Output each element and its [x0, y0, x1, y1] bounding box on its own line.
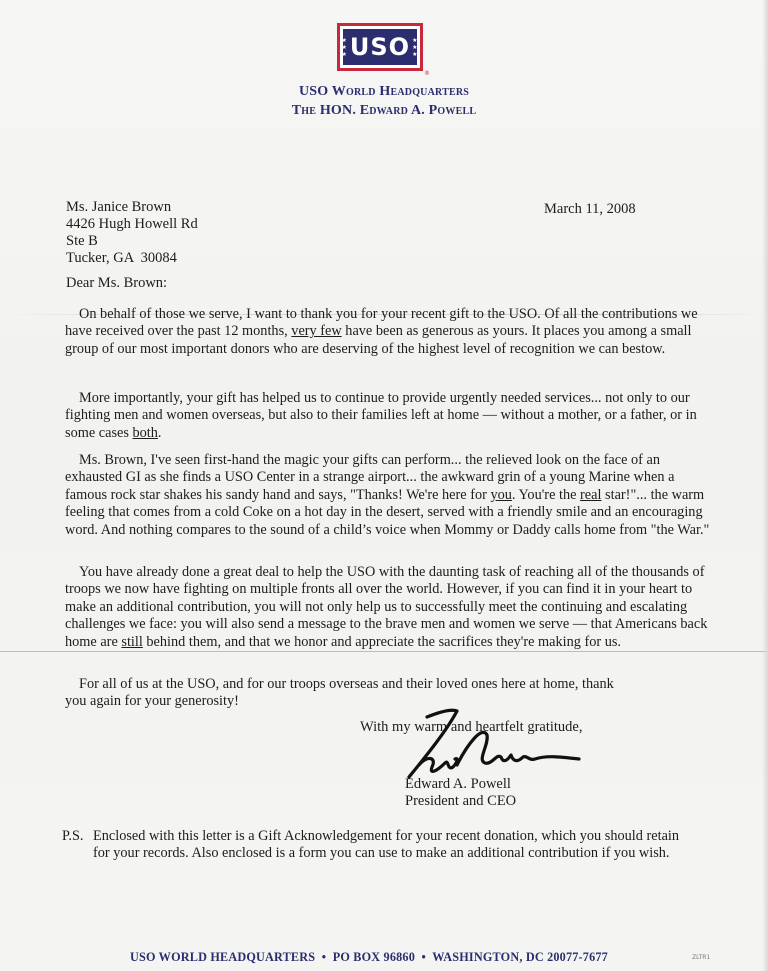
letter-page: ★★★ USO ★★★ ® USO World Headquarters The… [0, 0, 768, 971]
paragraph-2: More importantly, your gift has helped u… [65, 390, 715, 442]
signer-name: Edward A. Powell [405, 776, 516, 793]
emphasis: real [580, 487, 601, 503]
recipient-address: Ms. Janice Brown 4426 Hugh Howell Rd Ste… [66, 199, 198, 267]
recipient-city: Tucker, GA 30084 [66, 250, 198, 267]
postscript-label: P.S. [62, 828, 93, 861]
footer-address: USO WORLD HEADQUARTERS • PO BOX 96860 • … [130, 950, 608, 965]
uso-logo: ★★★ USO ★★★ [337, 23, 423, 71]
stars-icon: ★★★ [342, 37, 348, 58]
signer-title: President and CEO [405, 793, 516, 810]
recipient-street: 4426 Hugh Howell Rd [66, 216, 198, 233]
signer-block: Edward A. Powell President and CEO [405, 776, 516, 810]
recipient-name: Ms. Janice Brown [66, 199, 198, 216]
paper-fold-line [0, 651, 768, 652]
letterhead-org: USO World Headquarters [0, 84, 768, 100]
emphasis: you [490, 487, 511, 503]
emphasis: still [121, 634, 142, 650]
emphasis: both [133, 425, 158, 441]
salutation: Dear Ms. Brown: [66, 275, 167, 292]
paragraph-3: Ms. Brown, I've seen first-hand the magi… [65, 452, 715, 539]
letter-date: March 11, 2008 [544, 201, 636, 218]
emphasis: very few [291, 323, 341, 339]
paragraph-1: On behalf of those we serve, I want to t… [65, 306, 715, 358]
stars-icon: ★★★ [412, 37, 418, 58]
recipient-suite: Ste B [66, 233, 198, 250]
paper-edge-shadow [762, 0, 768, 971]
letterhead-name: The HON. Edward A. Powell [0, 103, 768, 119]
form-code: ZLTR1 [692, 954, 710, 961]
logo-text: USO [350, 33, 410, 61]
postscript: P.S. Enclosed with this letter is a Gift… [62, 828, 693, 861]
postscript-text: Enclosed with this letter is a Gift Ackn… [93, 828, 693, 861]
paragraph-4: You have already done a great deal to he… [65, 564, 715, 651]
registered-mark: ® [424, 70, 430, 77]
